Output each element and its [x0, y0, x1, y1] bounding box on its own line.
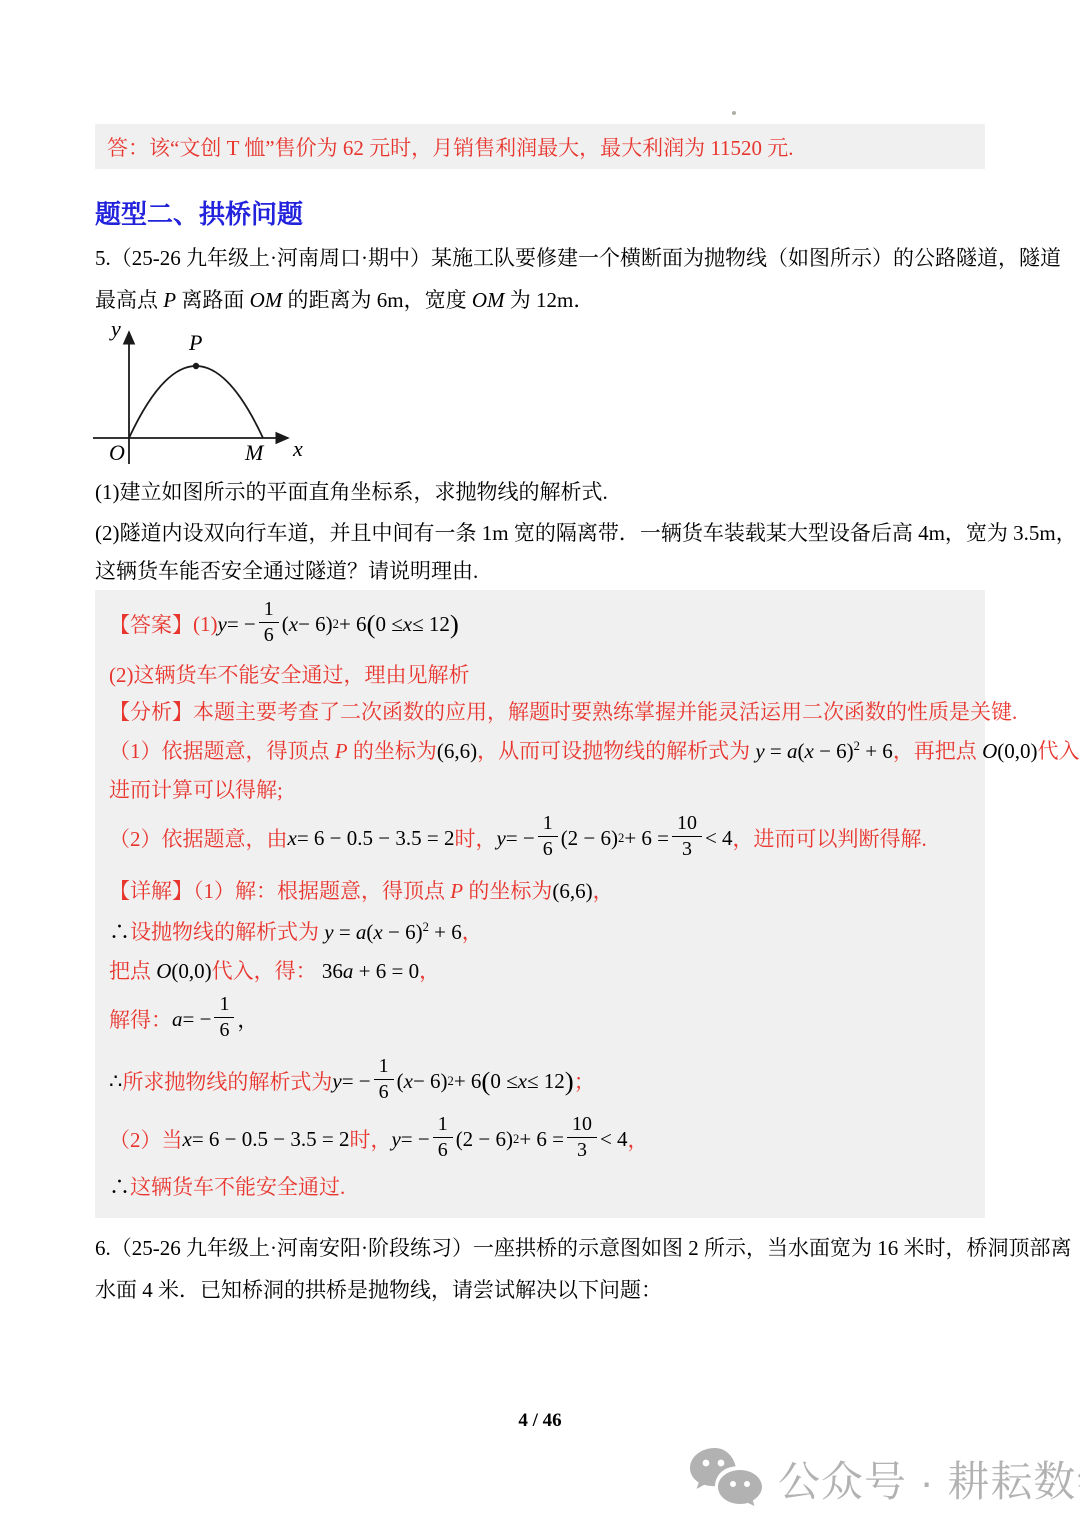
- problem5-stem-line1: 5.（25-26 九年级上·河南周口·期中）某施工队要修建一个横断面为抛物线（如…: [95, 243, 1000, 273]
- problem5-question2-line1: (2)隧道内设双向行车道，并且中间有一条 1m 宽的隔离带．一辆货车装载某大型设…: [95, 518, 1000, 548]
- analysis-step1-line: （1）依据题意，得顶点 P 的坐标为(6,6)，从而可设抛物线的解析式为 y =…: [109, 735, 971, 767]
- document-page: 答：该“文创 T 恤”售价为 62 元时，月销售利润最大，最大利润为 11520…: [0, 0, 1080, 1527]
- parabola-curve: [129, 366, 263, 438]
- page-number: 4 / 46: [0, 1410, 1080, 1432]
- problem5-question1: (1)建立如图所示的平面直角坐标系，求抛物线的解析式.: [95, 477, 1000, 507]
- parabola-figure-svg: y P O M x: [85, 318, 335, 470]
- answer-banner-text: 答：该“文创 T 恤”售价为 62 元时，月销售利润最大，最大利润为 11520…: [107, 132, 794, 162]
- answer-banner: 答：该“文创 T 恤”售价为 62 元时，月销售利润最大，最大利润为 11520…: [95, 124, 985, 169]
- answer-part2-line: (2)这辆货车不能安全通过，理由见解析: [109, 661, 971, 689]
- m-point-label: M: [244, 440, 265, 465]
- wechat-eye-3: [730, 1481, 736, 1487]
- watermark: 公众号 · 耕耘数学YYDS: [688, 1446, 1080, 1512]
- problem6-stem-line1: 6.（25-26 九年级上·河南安阳·阶段练习）一座拱桥的示意图如图 2 所示，…: [95, 1233, 1000, 1263]
- watermark-text: 公众号 · 耕耘数学YYDS: [778, 1449, 1080, 1509]
- vertex-label: P: [188, 330, 202, 355]
- solution-block: 【答案】(1) y = −16(x − 6)2 + 6(0 ≤ x ≤ 12) …: [95, 590, 985, 1218]
- analysis-step1-cont-line: 进而计算可以得解;: [109, 776, 971, 804]
- origin-label: O: [109, 440, 125, 465]
- analysis-step2-line: （2）依据题意，由 x = 6 − 0.5 − 3.5 = 2 时， y = −…: [109, 810, 971, 866]
- vertex-point: [193, 363, 199, 369]
- detail-substitute-line: 把点 O(0,0)代入，得： 36a + 6 = 0，: [109, 957, 971, 985]
- detail-heading-line: 【详解】（1）解：根据题意，得顶点 P 的坐标为(6,6)，: [109, 875, 971, 907]
- detail-equation-setup-line: ∴设抛物线的解析式为 y = a(x − 6)2 + 6，: [109, 916, 971, 948]
- scan-artifact-dot: [732, 111, 736, 115]
- wechat-icon: [688, 1446, 766, 1512]
- section-title: 题型二、拱桥问题: [95, 194, 303, 231]
- x-axis-label: x: [292, 436, 303, 461]
- analysis-heading-line: 【分析】本题主要考查了二次函数的应用，解题时要熟练掌握并能灵活运用二次函数的性质…: [109, 698, 971, 726]
- answer-formula-line: 【答案】(1) y = −16(x − 6)2 + 6(0 ≤ x ≤ 12): [109, 596, 971, 652]
- y-axis-label: y: [109, 318, 121, 341]
- problem5-stem-line2: 最高点 P 离路面 OM 的距离为 6m，宽度 OM 为 12m．: [95, 285, 1000, 315]
- problem5-question2-line2: 这辆货车能否安全通过隧道？请说明理由.: [95, 556, 1000, 586]
- wechat-eye-4: [744, 1481, 750, 1487]
- wechat-eye-2: [718, 1460, 725, 1467]
- wechat-eye-1: [703, 1460, 710, 1467]
- wechat-small-bubble: [718, 1470, 762, 1506]
- parabola-figure: y P O M x: [85, 318, 335, 476]
- detail-conclusion-line: ∴这辆货车不能安全通过.: [109, 1173, 971, 1201]
- problem6-stem-line2: 水面 4 米．已知桥洞的拱桥是抛物线，请尝试解决以下问题：: [95, 1275, 1000, 1305]
- detail-final-equation-line: ∴所求抛物线的解析式为 y = −16(x − 6)2 + 6(0 ≤ x ≤ …: [109, 1053, 971, 1109]
- detail-part2-calc-line: （2）当 x = 6 − 0.5 − 3.5 = 2 时， y = −16(2 …: [109, 1111, 971, 1167]
- detail-solve-a-line: 解得： a = −16，: [109, 991, 971, 1047]
